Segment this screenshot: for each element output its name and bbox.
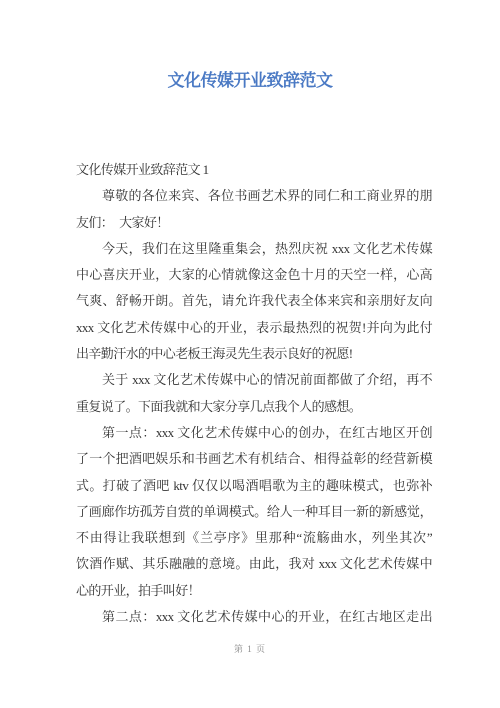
document-page: 文化传媒开业致辞范文 文化传媒开业致辞范文 1尊敬的各位来宾、各位书画艺术界的同…: [0, 0, 500, 708]
body-line: 饮酒作赋、其乐融融的意境。由此，我对 xxx 文化艺术传媒中: [76, 551, 432, 577]
body-line: xxx 文化艺术传媒中心的开业，表示最热烈的祝贺!并向为此付: [76, 315, 432, 341]
body-line: 关于 xxx 文化艺术传媒中心的情况前面都做了介绍，再不: [76, 367, 432, 393]
document-body: 文化传媒开业致辞范文 1尊敬的各位来宾、各位书画艺术界的同仁和工商业界的朋友们：…: [76, 157, 432, 630]
body-line: 了画廊作坊孤芳自赏的单调模式。给人一种耳目一新的新感觉，: [76, 499, 432, 525]
body-line: 心的开业，拍手叫好！: [76, 578, 432, 604]
body-line: 了一个把酒吧娱乐和书画艺术有机结合、相得益彰的经营新模: [76, 446, 432, 472]
body-line: 文化传媒开业致辞范文 1: [76, 157, 432, 183]
body-line: 友们： 大家好！: [76, 210, 432, 236]
body-line: 式。打破了酒吧 ktv 仅仅以喝酒唱歌为主的趣味模式，也弥补: [76, 473, 432, 499]
body-line: 中心喜庆开业，大家的心情就像这金色十月的天空一样，心高: [76, 262, 432, 288]
document-title: 文化传媒开业致辞范文: [0, 69, 500, 93]
body-line: 第二点：xxx 文化艺术传媒中心的开业，在红古地区走出: [76, 604, 432, 630]
body-line: 不由得让我联想到《兰亭序》里那种“流觞曲水，列坐其次”: [76, 525, 432, 551]
body-line: 出辛勤汗水的中心老板王海灵先生表示良好的祝愿!: [76, 341, 432, 367]
body-line: 今天，我们在这里隆重集会，热烈庆祝 xxx 文化艺术传媒: [76, 236, 432, 262]
page-number: 第 1 页: [0, 643, 500, 655]
body-line: 第一点：xxx 文化艺术传媒中心的创办，在红古地区开创: [76, 420, 432, 446]
body-line: 气爽、舒畅开朗。首先，请允许我代表全体来宾和亲朋好友向: [76, 288, 432, 314]
body-line: 重复说了。下面我就和大家分享几点我个人的感想。: [76, 394, 432, 420]
body-line: 尊敬的各位来宾、各位书画艺术界的同仁和工商业界的朋: [76, 183, 432, 209]
